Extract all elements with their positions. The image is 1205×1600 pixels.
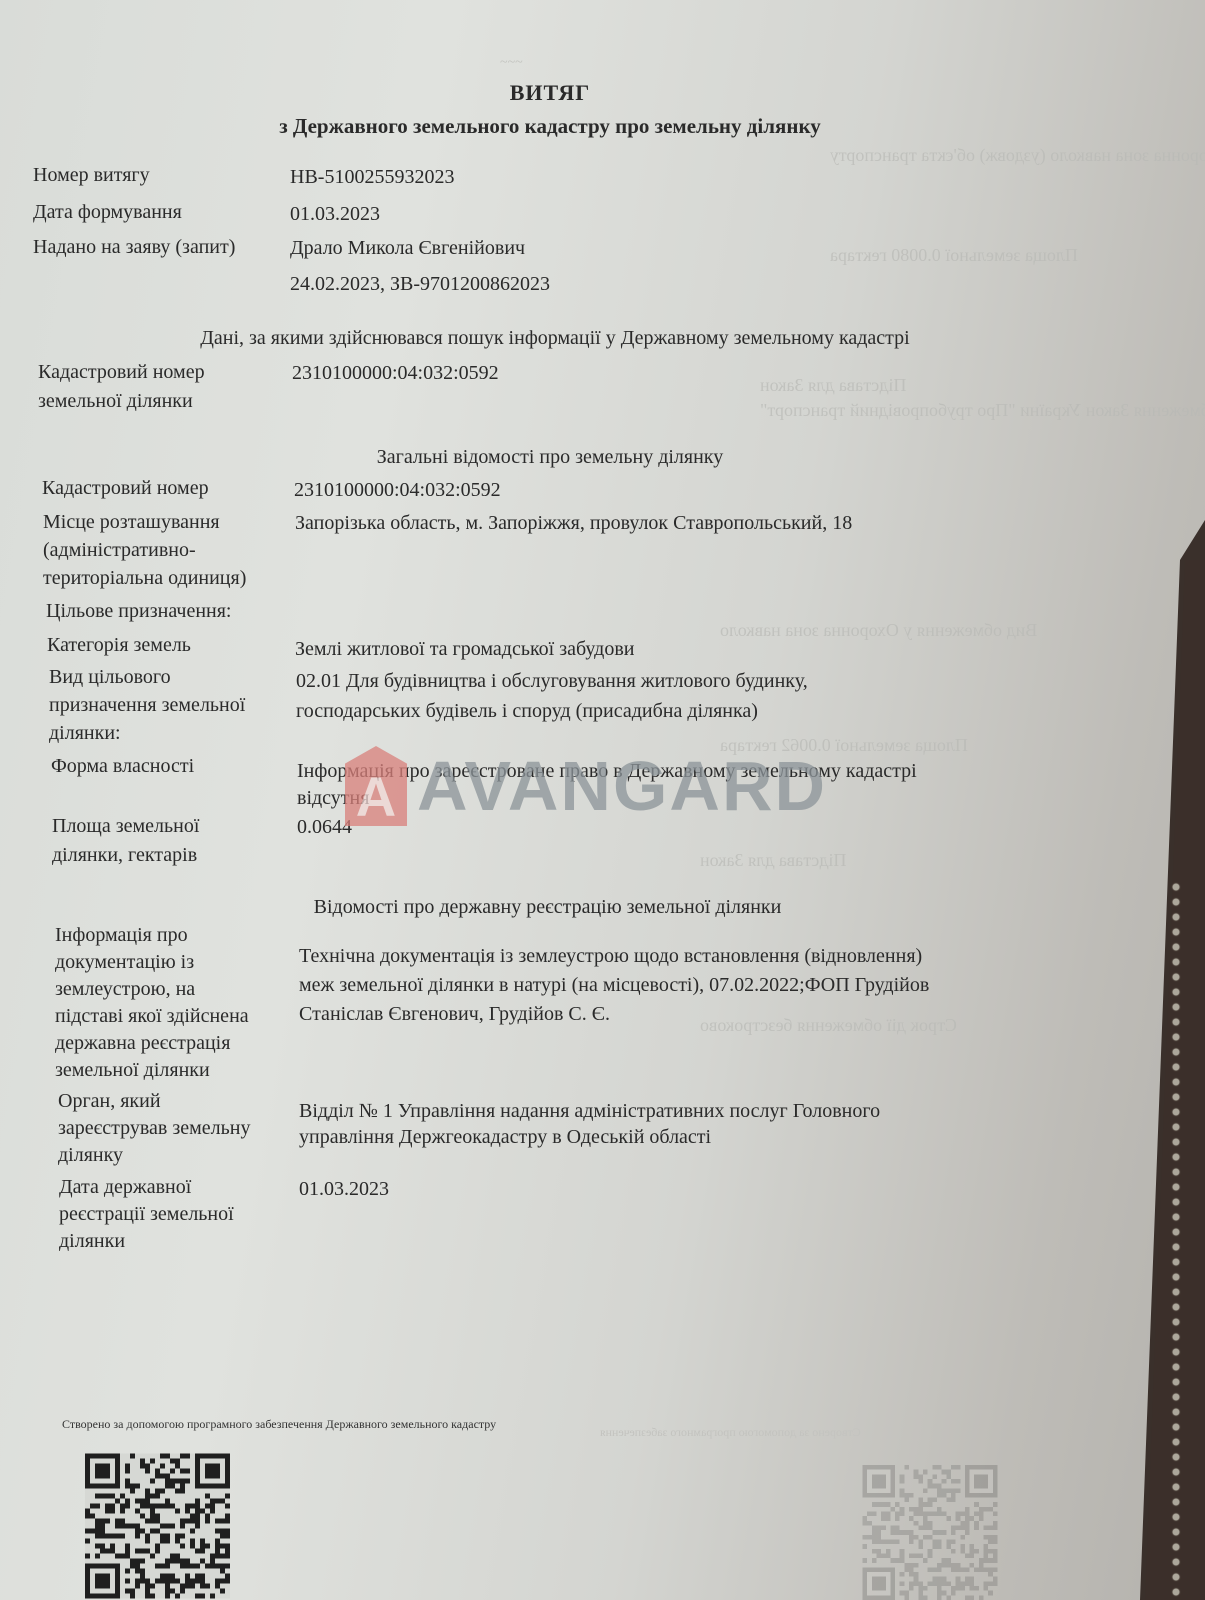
field-value: 2310100000:04:032:0592 [292, 360, 892, 387]
field-value: Інформація про зареєстроване право в Дер… [297, 758, 1057, 812]
qr-code-icon [85, 1452, 230, 1600]
qr-code-bleed-icon [855, 1465, 1005, 1600]
field-label: Кадастровий номер земельної ділянки [38, 358, 278, 416]
field-label: Дата формування [33, 199, 293, 226]
binder-holes [1169, 880, 1183, 1600]
field-label: Площа земельної ділянки, гектарів [52, 812, 302, 870]
section-heading-registration: Відомості про державну реєстрацію земель… [0, 896, 1095, 919]
field-value: Відділ № 1 Управління надання адміністра… [299, 1098, 1019, 1150]
field-value: Запорізька область, м. Запоріжжя, провул… [295, 510, 995, 537]
field-label: Категорія земель [47, 632, 297, 659]
field-label: Кадастровий номер [42, 475, 292, 502]
bleed-through-footer: Створено за допомогою програмного забезп… [600, 1425, 861, 1440]
field-label: Дата державної реєстрації земельної діля… [59, 1174, 299, 1255]
bleed-through-text: Площа земельної 0.0062 гектара [720, 735, 968, 756]
field-value: 01.03.2023 [290, 201, 990, 228]
field-value: НВ-5100255932023 [290, 164, 990, 191]
section-heading-search: Дані, за якими здійснювався пошук інформ… [0, 327, 1110, 350]
bleed-through-text: Підстава для Закон [700, 850, 846, 871]
document-subtitle: з Державного земельного кадастру про зем… [0, 114, 1100, 139]
field-label: Вид цільового призначення земельної діля… [49, 663, 299, 747]
field-value: 0.0644 [297, 814, 597, 841]
field-value: 2310100000:04:032:0592 [294, 477, 994, 504]
section-heading-general: Загальні відомості про земельну ділянку [0, 446, 1100, 469]
field-label: Орган, який зареєстрував земельну ділянк… [58, 1088, 298, 1169]
field-label: Цільове призначення: [46, 598, 296, 625]
bleed-through-text: Вид обмеження у Охоронна зона навколо (у… [830, 145, 1205, 166]
footer-note: Створено за допомогою програмного забезп… [62, 1417, 496, 1432]
faint-stamp: ~~~ [500, 55, 523, 71]
field-value: 02.01 Для будівництва і обслуговування ж… [296, 666, 1016, 726]
field-label: Форма власності [51, 753, 301, 780]
field-value: Технічна документація із землеустрою щод… [299, 942, 1059, 1029]
field-value: Землі житлової та громадської забудови [295, 636, 995, 663]
document-title: ВИТЯГ [0, 80, 1100, 106]
field-value: 01.03.2023 [299, 1176, 599, 1203]
field-label: Місце розташування (адміністративно- тер… [43, 508, 293, 592]
field-label: Надано на заяву (запит) [33, 234, 293, 261]
field-label: Інформація про документацію із землеустр… [55, 922, 295, 1084]
bleed-through-text: виникнення обмеження Закон України "Про … [760, 400, 1205, 421]
field-value: Драло Микола Євгенійович 24.02.2023, ЗВ-… [290, 230, 990, 302]
field-label: Номер витягу [33, 162, 293, 189]
